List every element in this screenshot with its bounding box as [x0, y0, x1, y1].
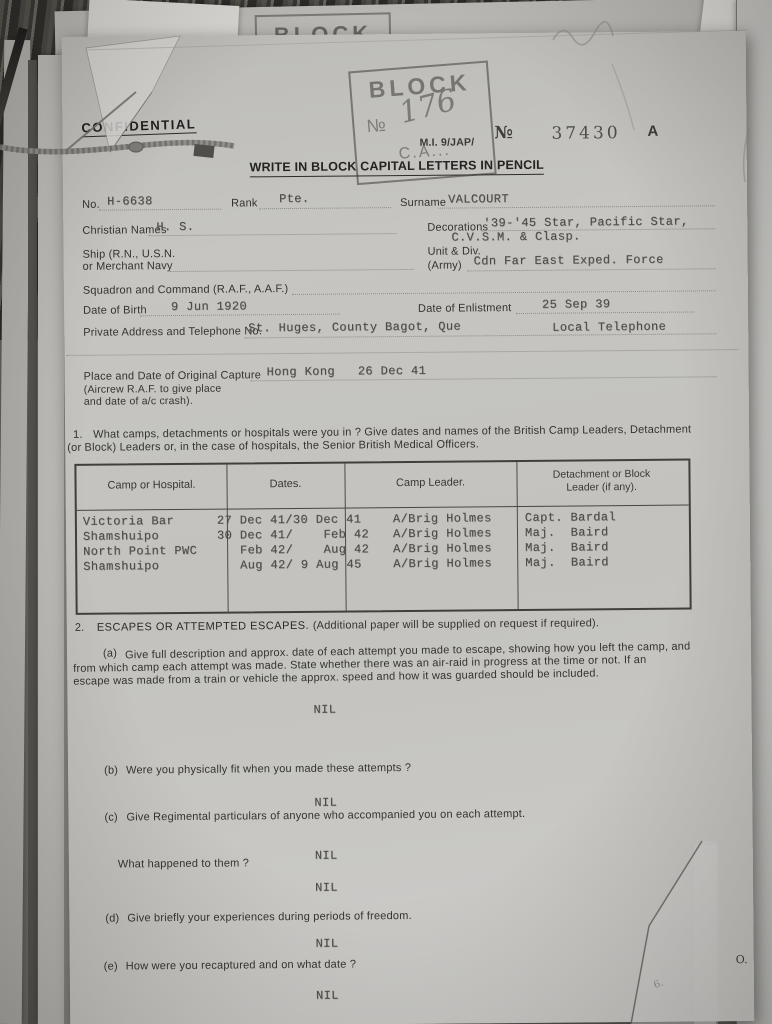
q2e-answer: NIL — [316, 989, 339, 1003]
capture-label: Place and Date of Original Capture — [84, 369, 262, 383]
address-value: St. Huges, County Bagot, Que — [248, 320, 461, 336]
field-underline — [292, 290, 716, 295]
q2d-answer: NIL — [316, 937, 339, 951]
field-underline — [66, 349, 738, 356]
unit-label-line2: (Army) — [428, 260, 462, 272]
q2-heading-note: (Additional paper will be supplied on re… — [313, 617, 599, 631]
form-title-text: WRITE IN BLOCK CAPITAL LETTERS IN PENCIL — [250, 158, 544, 178]
mi9-reference: M.I. 9/JAP/ — [420, 136, 475, 148]
col-header-leader: Camp Leader. — [345, 476, 517, 490]
address-label: Private Address and Telephone No. — [83, 325, 262, 339]
series-letter: A — [647, 123, 658, 140]
q2c-text: Give Regimental particulars of anyone wh… — [126, 808, 525, 823]
cell-leader: A/Brig Holmes — [393, 541, 492, 556]
cell-dates: 30 Dec 41/ Feb 42 — [217, 527, 369, 542]
capture-value: Hong Kong 26 Dec 41 — [267, 364, 427, 379]
dob-value: 9 Jun 1920 — [171, 299, 247, 314]
file-no-symbol: № — [494, 123, 513, 143]
decorations-value-line2: C.V.S.M. & Clasp. — [451, 229, 580, 244]
block-stamp-no-symbol: № — [366, 115, 387, 137]
q2d-text: Give briefly your experiences during per… — [127, 910, 412, 924]
q2a-label: (a) — [103, 648, 117, 660]
q2c-label: (c) — [104, 812, 118, 824]
dob-label: Date of Birth — [83, 304, 147, 317]
field-underline — [99, 209, 221, 211]
cell-camp: Victoria Bar — [83, 514, 174, 529]
cell-camp: North Point PWC — [83, 544, 197, 559]
q1-number: 1. — [73, 429, 83, 441]
cell-camp: Shamshuipo — [83, 529, 159, 544]
scanned-pow-questionnaire-photo: BLOCK CONFIDENTIAL BLOCK № 176 C.A... M.… — [0, 0, 772, 1024]
cell-leader: A/Brig Holmes — [393, 526, 492, 541]
cell-dates: 27 Dec 41/30 Dec 41 — [217, 512, 362, 527]
left-stack-edge-1 — [0, 40, 30, 1024]
q1-text-line2: (or Block) Leaders or, in the case of ho… — [67, 438, 479, 454]
no-label: No. — [82, 199, 100, 211]
cell-detachment: Maj. Baird — [525, 555, 609, 570]
cell-detachment: Capt. Bardal — [525, 510, 616, 525]
q2c-followup-answer: NIL — [315, 881, 338, 895]
table-row: Shamshuipo Aug 42/ 9 Aug 45 A/Brig Holme… — [76, 461, 688, 466]
capture-note-line1: (Aircrew R.A.F. to give place — [84, 383, 222, 396]
q2d-label: (d) — [105, 913, 119, 925]
cell-camp: Shamshuipo — [83, 559, 159, 574]
cell-dates: Feb 42/ Aug 42 — [217, 542, 369, 557]
enlistment-value: 25 Sep 39 — [542, 297, 611, 312]
christian-names-value: H. S. — [156, 220, 194, 234]
cell-detachment: Maj. Baird — [525, 525, 609, 540]
no-value: H-6638 — [107, 194, 153, 208]
table-row: North Point PWC Feb 42/ Aug 42 A/Brig Ho… — [76, 461, 688, 466]
col-header-detachment-line1: Detachment or Block — [516, 468, 686, 481]
cell-leader: A/Brig Holmes — [393, 556, 492, 571]
col-header-dates: Dates. — [227, 478, 345, 491]
capture-note-line2: and date of a/c crash). — [84, 395, 193, 408]
q2a-answer: NIL — [313, 703, 336, 717]
q2-heading: ESCAPES OR ATTEMPTED ESCAPES. — [97, 620, 309, 634]
col-header-camp: Camp or Hospital. — [77, 479, 227, 492]
surname-value: VALCOURT — [448, 192, 509, 207]
field-underline — [170, 269, 414, 272]
q2b-label: (b) — [104, 765, 118, 777]
questionnaire-page: CONFIDENTIAL BLOCK № 176 C.A... M.I. 9/J… — [62, 31, 755, 1024]
unit-value: Cdn Far East Exped. Force — [474, 253, 664, 269]
table-row: Shamshuipo 30 Dec 41/ Feb 42 A/Brig Holm… — [76, 461, 688, 466]
file-number: 37430 — [551, 123, 620, 144]
ship-label-line1: Ship (R.N., U.S.N. — [82, 248, 175, 261]
field-underline — [259, 207, 391, 209]
q2e-text: How were you recaptured and on what date… — [126, 958, 356, 972]
enlistment-label: Date of Enlistment — [418, 302, 512, 315]
cell-leader: A/Brig Holmes — [393, 511, 492, 526]
rank-label: Rank — [231, 197, 258, 209]
cell-detachment: Maj. Baird — [525, 540, 609, 555]
q2-number: 2. — [75, 622, 85, 634]
camp-table: Camp or Hospital. Dates. Camp Leader. De… — [74, 459, 691, 615]
left-stack-gap — [28, 60, 37, 1024]
q2b-answer: NIL — [314, 796, 337, 810]
left-stack-edge-2 — [38, 55, 65, 1024]
q2e-label: (e) — [104, 961, 118, 973]
table-row: Victoria Bar 27 Dec 41/30 Dec 41 A/Brig … — [76, 461, 688, 466]
rank-value: Pte. — [279, 192, 310, 206]
telephone-value: Local Telephone — [552, 320, 666, 335]
field-underline — [468, 268, 716, 271]
cell-dates: Aug 42/ 9 Aug 45 — [217, 557, 362, 572]
form-title: WRITE IN BLOCK CAPITAL LETTERS IN PENCIL — [221, 158, 573, 175]
col-header-detachment-line2: Leader (if any). — [517, 481, 687, 494]
q2c-answer: NIL — [315, 849, 338, 863]
fold-mark-number: 6. — [652, 977, 665, 991]
ship-label-line2: or Merchant Navy — [83, 260, 173, 273]
q2b-text: Were you physically fit when you made th… — [126, 762, 411, 776]
margin-o-mark: O. — [736, 953, 748, 966]
squadron-label: Squadron and Command (R.A.F., A.A.F.) — [83, 283, 289, 297]
confidential-marking: CONFIDENTIAL — [81, 116, 196, 137]
q2c-followup-text: What happened to them ? — [118, 857, 249, 870]
field-underline — [516, 311, 694, 314]
